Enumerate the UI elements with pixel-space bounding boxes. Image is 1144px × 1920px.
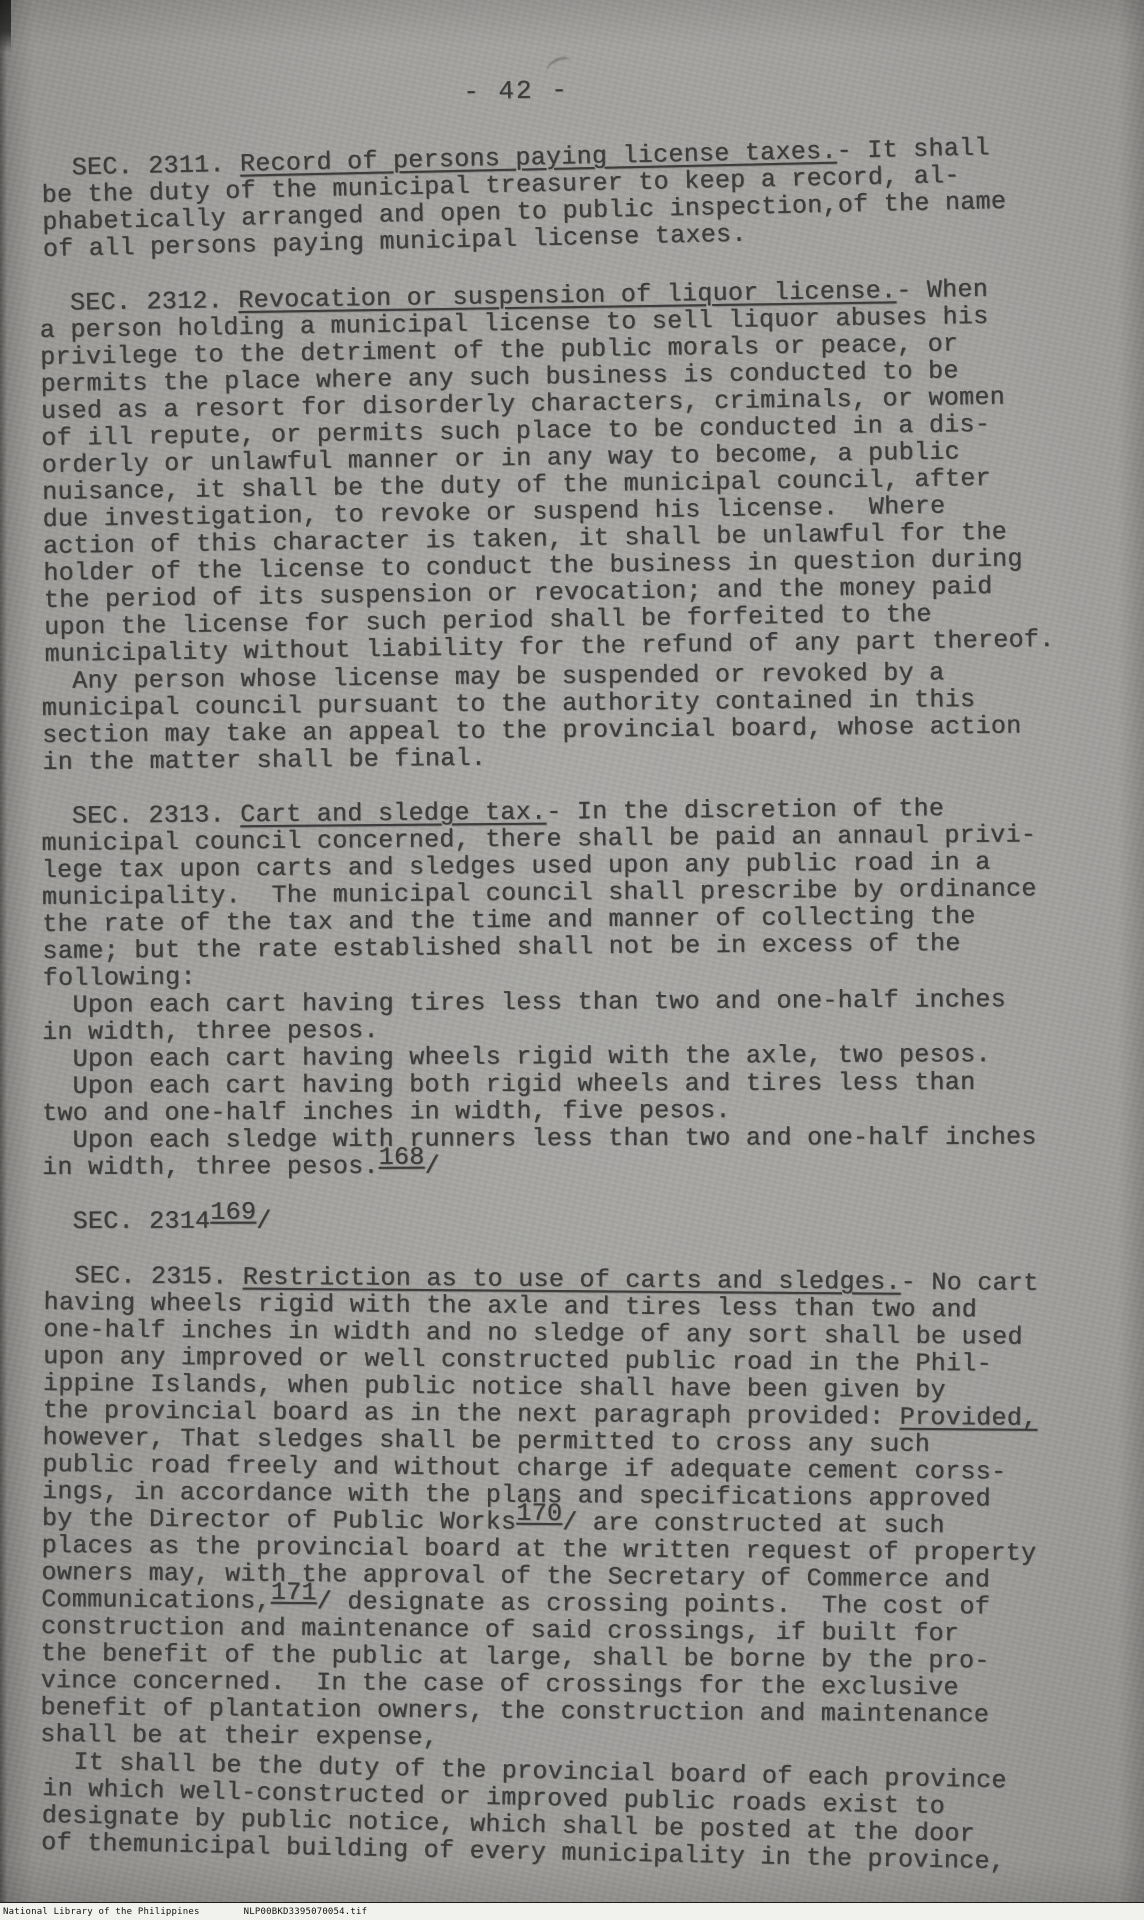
paragraph: SEC. 2313. Cart and sledge tax.- In the … xyxy=(41,794,1115,992)
scanned-document-page: - 42 - SEC. 2311. Record of persons payi… xyxy=(0,0,1144,1920)
text-run: SEC. 2315. xyxy=(44,1261,243,1292)
paragraph: Upon each cart having both rigid wheels … xyxy=(42,1068,1114,1127)
paragraph: Upon each sledge with runners less than … xyxy=(42,1123,1114,1181)
footnote-ref: 168 xyxy=(379,1144,425,1171)
footer-strip: National Library of the Philippines NLP0… xyxy=(0,1902,1144,1920)
text-run: Upon each cart having both rigid wheels … xyxy=(42,1068,976,1128)
paragraph: SEC. 2314169/ xyxy=(42,1206,1114,1235)
page-number: - 42 - xyxy=(0,64,1088,118)
document-text: SEC. 2311. Record of persons paying lice… xyxy=(42,128,1114,1856)
scan-edge-mark xyxy=(0,0,11,52)
footnote-ref: 169 xyxy=(210,1199,256,1226)
footnote-ref: 171 xyxy=(271,1579,317,1606)
text-run: Any person whose license may be suspende… xyxy=(41,658,1021,777)
text-run: / xyxy=(256,1207,271,1236)
paragraph: SEC. 2312. Revocation or suspension of l… xyxy=(39,274,1116,668)
text-run: SEC. 2314 xyxy=(42,1207,210,1236)
text-run: Upon each sledge with runners less than … xyxy=(42,1123,1037,1182)
paragraph: Upon each cart having tires less than tw… xyxy=(42,985,1114,1046)
text-run: - When a person holding a municipal lice… xyxy=(40,275,1055,669)
text-run: It shall be the duty of the provincial b… xyxy=(41,1747,1007,1876)
paragraph: SEC. 2311. Record of persons paying lice… xyxy=(41,132,1115,263)
footer-filename: NLP00BKD3395070054.tif xyxy=(244,1907,368,1917)
text-run: / xyxy=(425,1152,440,1181)
footer-source-label: National Library of the Philippines xyxy=(3,1907,200,1917)
paragraph: It shall be the duty of the provincial b… xyxy=(41,1748,1115,1877)
footnote-ref: 170 xyxy=(516,1500,562,1527)
paragraph: Any person whose license may be suspende… xyxy=(41,658,1114,776)
underlined-heading: Provided, xyxy=(900,1403,1038,1433)
paragraph: SEC. 2315. Restriction as to use of cart… xyxy=(40,1262,1116,1756)
text-run: Upon each cart having tires less than tw… xyxy=(42,985,1006,1047)
text-run: SEC. 2313. xyxy=(41,800,240,831)
